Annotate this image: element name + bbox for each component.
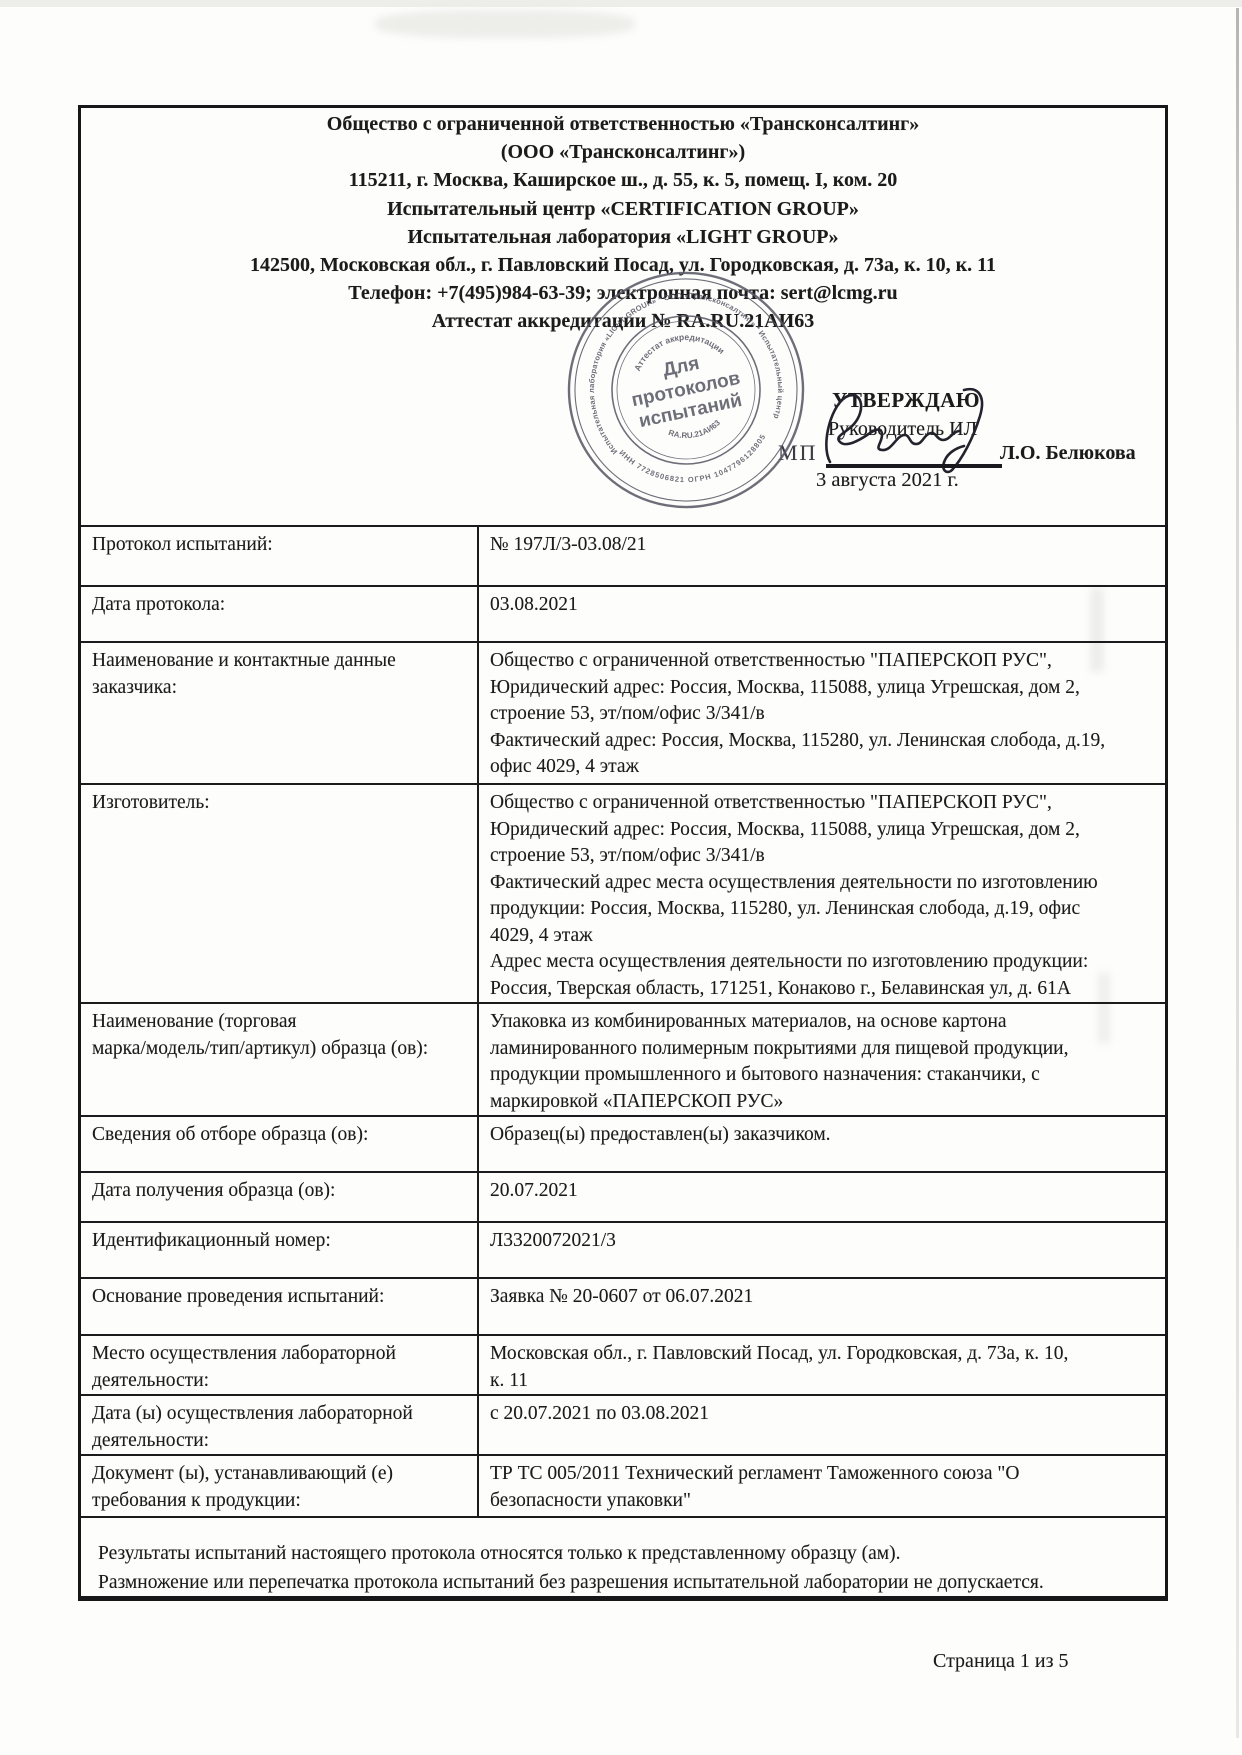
row-label: Идентификационный номер:	[81, 1222, 478, 1278]
approval-date: 3 августа 2021 г.	[816, 469, 959, 492]
row-label: Дата (ы) осуществления лабораторной деят…	[81, 1395, 478, 1455]
table-row: Дата протокола: 03.08.2021	[81, 586, 1165, 642]
table-row: Дата (ы) осуществления лабораторной деят…	[81, 1395, 1165, 1455]
table-row: Идентификационный номер: Л3320072021/3	[81, 1222, 1165, 1278]
row-value: 20.07.2021	[478, 1172, 1165, 1222]
table-row: Основание проведения испытаний: Заявка №…	[81, 1278, 1165, 1335]
row-label: Документ (ы), устанавливающий (е) требов…	[81, 1455, 478, 1517]
approver-name: Л.О. Белюкова	[1000, 442, 1136, 465]
letterhead-line: Общество с ограниченной ответственностью…	[81, 110, 1165, 138]
table-row: Место осуществления лабораторной деятель…	[81, 1335, 1165, 1395]
row-label: Наименование и контактные данные заказчи…	[81, 642, 478, 784]
row-value: № 197Л/3-03.08/21	[478, 526, 1165, 586]
row-value: Общество с ограниченной ответственностью…	[478, 642, 1165, 784]
row-label: Наименование (торговая марка/модель/тип/…	[81, 1003, 478, 1116]
row-value: 03.08.2021	[478, 586, 1165, 642]
table-row: Изготовитель: Общество с ограниченной от…	[81, 784, 1165, 1003]
row-label: Дата получения образца (ов):	[81, 1172, 478, 1222]
row-label: Место осуществления лабораторной деятель…	[81, 1335, 478, 1395]
row-label: Дата протокола:	[81, 586, 478, 642]
row-value: Заявка № 20-0607 от 06.07.2021	[478, 1278, 1165, 1335]
scan-artifact-top-band	[0, 0, 1242, 7]
footer-notes: Результаты испытаний настоящего протокол…	[81, 1540, 1165, 1597]
letterhead-line: (ООО «Трансконсалтинг»)	[81, 138, 1165, 166]
row-value: Образец(ы) предоставлен(ы) заказчиком.	[478, 1116, 1165, 1172]
signature-underline	[826, 464, 1002, 468]
row-value: с 20.07.2021 по 03.08.2021	[478, 1395, 1165, 1455]
scan-artifact-smudge	[375, 10, 635, 38]
row-value: Л3320072021/3	[478, 1222, 1165, 1278]
row-label: Изготовитель:	[81, 784, 478, 1003]
round-stamp: Испытательная лаборатория «LIGHT GROUP» …	[561, 265, 811, 515]
letterhead-line: Испытательный центр «CERTIFICATION GROUP…	[81, 195, 1165, 223]
row-label: Протокол испытаний:	[81, 526, 478, 586]
row-value: Московская обл., г. Павловский Посад, ул…	[478, 1335, 1165, 1395]
table-row: Документ (ы), устанавливающий (е) требов…	[81, 1455, 1165, 1517]
footer-note: Размножение или перепечатка протокола ис…	[98, 1569, 1151, 1598]
scanned-document-page: Общество с ограниченной ответственностью…	[0, 0, 1242, 1755]
row-label: Сведения об отборе образца (ов):	[81, 1116, 478, 1172]
letterhead-line: Испытательная лаборатория «LIGHT GROUP»	[81, 223, 1165, 251]
letterhead-line: 115211, г. Москва, Каширское ш., д. 55, …	[81, 166, 1165, 194]
table-row: Наименование (торговая марка/модель/тип/…	[81, 1003, 1165, 1116]
row-value: Общество с ограниченной ответственностью…	[478, 784, 1165, 1003]
table-row: Дата получения образца (ов): 20.07.2021	[81, 1172, 1165, 1222]
footer-note: Результаты испытаний настоящего протокол…	[98, 1540, 1151, 1569]
document-border-box: Общество с ограниченной ответственностью…	[78, 105, 1168, 1601]
protocol-details-table: Протокол испытаний: № 197Л/3-03.08/21 Да…	[81, 525, 1165, 1518]
scan-artifact-page-edge	[1236, 8, 1239, 1738]
row-label: Основание проведения испытаний:	[81, 1278, 478, 1335]
row-value: Упаковка из комбинированных материалов, …	[478, 1003, 1165, 1116]
page-number: Страница 1 из 5	[933, 1650, 1069, 1673]
table-row: Протокол испытаний: № 197Л/3-03.08/21	[81, 526, 1165, 586]
table-row: Наименование и контактные данные заказчи…	[81, 642, 1165, 784]
table-row: Сведения об отборе образца (ов): Образец…	[81, 1116, 1165, 1172]
row-value: ТР ТС 005/2011 Технический регламент Там…	[478, 1455, 1165, 1517]
